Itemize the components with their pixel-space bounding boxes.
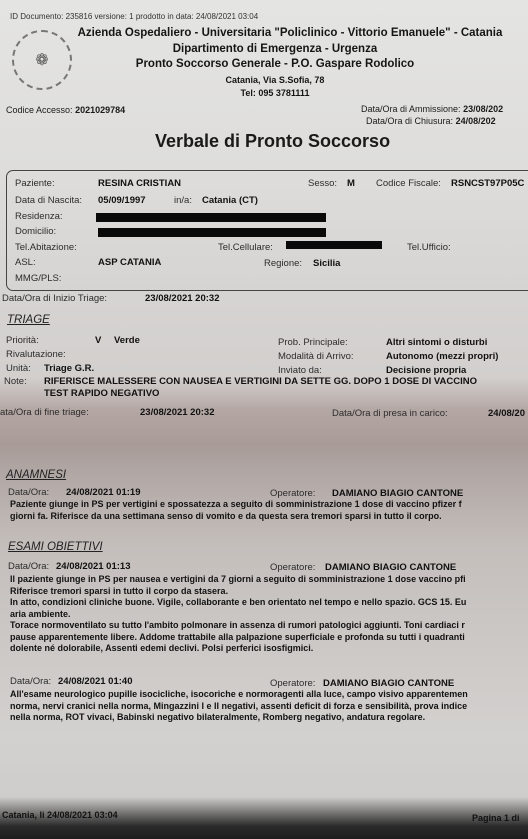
anamnesi-date-value: 24/08/2021 01:19 xyxy=(66,487,140,498)
priority-label: Priorità: xyxy=(6,335,39,346)
mobile-phone-label: Tel.Cellulare: xyxy=(218,242,273,253)
residence-redacted xyxy=(96,213,326,222)
taken-in-charge-value: 24/08/20 xyxy=(488,408,525,419)
residence-label: Residenza: xyxy=(15,211,63,222)
closure-value: 24/08/202 xyxy=(456,116,496,126)
office-phone-label: Tel.Ufficio: xyxy=(407,242,451,253)
exam-1-date-label: Data/Ora: xyxy=(8,561,49,572)
asl-label: ASL: xyxy=(15,257,36,268)
taken-in-charge-label: Data/Ora di presa in carico: xyxy=(332,408,448,419)
access-code-label: Codice Accesso: xyxy=(6,105,73,115)
access-code-value: 2021029784 xyxy=(75,105,125,115)
birth-date-label: Data di Nascita: xyxy=(15,195,82,206)
footer-place-date: Catania, li 24/08/2021 03:04 xyxy=(2,810,118,820)
patient-name: RESINA CRISTIAN xyxy=(98,178,181,189)
hospital-name: Azienda Ospedaliero - Universitaria "Pol… xyxy=(30,27,528,39)
home-phone-label: Tel.Abitazione: xyxy=(15,242,77,253)
exam-1-text: Il paziente giunge in PS per nausea e ve… xyxy=(10,574,466,655)
arrival-mode-value: Autonomo (mezzi propri) xyxy=(386,351,498,362)
birth-date-value: 05/09/1997 xyxy=(98,195,146,206)
birth-place-label: in/a: xyxy=(174,195,192,206)
triage-end-label: ata/Ora di fine triage: xyxy=(0,407,89,418)
triage-start-label: Data/Ora di Inizio Triage: xyxy=(2,293,107,304)
domicile-redacted xyxy=(98,228,326,237)
region-label: Regione: xyxy=(264,258,302,269)
anamnesi-operator-value: DAMIANO BIAGIO CANTONE xyxy=(332,488,463,499)
anamnesi-heading: ANAMNESI xyxy=(6,469,66,481)
unit-label: Unità: xyxy=(6,363,31,374)
admission-label: Data/Ora di Ammissione: xyxy=(361,104,461,114)
document-id: ID Documento: 235816 versione: 1 prodott… xyxy=(10,12,258,21)
access-code: Codice Accesso: 2021029784 xyxy=(6,105,125,115)
admission-value: 23/08/202 xyxy=(463,104,503,114)
exams-heading: ESAMI OBIETTIVI xyxy=(8,541,103,553)
page-number: Pagina 1 di xyxy=(472,813,520,823)
sex-label: Sesso: xyxy=(308,178,337,189)
triage-end-value: 23/08/2021 20:32 xyxy=(140,407,214,418)
anamnesi-date-label: Data/Ora: xyxy=(8,487,49,498)
exam-2-text: All'esame neurologico pupille isociclich… xyxy=(10,689,468,724)
sent-by-label: Inviato da: xyxy=(278,365,322,376)
asl-value: ASP CATANIA xyxy=(98,257,161,268)
anamnesi-text: Paziente giunge in PS per vertigini e sp… xyxy=(10,499,462,522)
hospital-address: Catania, Via S.Sofia, 78 xyxy=(0,75,528,85)
main-problem-value: Altri sintomi o disturbi xyxy=(386,337,487,348)
fiscal-code-value: RSNCST97P05C xyxy=(451,178,524,189)
closure-label: Data/Ora di Chiusura: xyxy=(366,116,453,126)
exam-2-date-label: Data/Ora: xyxy=(10,676,51,687)
hospital-phone: Tel: 095 3781111 xyxy=(0,88,528,98)
note-line-1: RIFERISCE MALESSERE CON NAUSEA E VERTIGI… xyxy=(44,376,477,387)
patient-name-label: Paziente: xyxy=(15,178,55,189)
unit-name: Pronto Soccorso Generale - P.O. Gaspare … xyxy=(0,58,528,70)
domicile-label: Domicilio: xyxy=(15,226,56,237)
exam-1-date-value: 24/08/2021 01:13 xyxy=(56,561,130,572)
anamnesi-operator-label: Operatore: xyxy=(270,488,315,499)
page-title: Verbale di Pronto Soccorso xyxy=(155,131,390,152)
sex-value: M xyxy=(347,178,355,189)
exam-1-operator-value: DAMIANO BIAGIO CANTONE xyxy=(325,562,456,573)
admission-datetime: Data/Ora di Ammissione: 23/08/202 xyxy=(361,104,503,114)
fiscal-code-label: Codice Fiscale: xyxy=(376,178,441,189)
triage-start-value: 23/08/2021 20:32 xyxy=(145,293,219,304)
exam-2-operator-value: DAMIANO BIAGIO CANTONE xyxy=(323,678,454,689)
birth-place-value: Catania (CT) xyxy=(202,195,258,206)
mmg-label: MMG/PLS: xyxy=(15,273,61,284)
reevaluation-label: Rivalutazione: xyxy=(6,349,66,360)
region-value: Sicilia xyxy=(313,258,340,269)
exam-2-date-value: 24/08/2021 01:40 xyxy=(58,676,132,687)
triage-heading: TRIAGE xyxy=(7,314,50,326)
closure-datetime: Data/Ora di Chiusura: 24/08/202 xyxy=(366,116,496,126)
arrival-mode-label: Modalità di Arrivo: xyxy=(278,351,354,362)
sent-by-value: Decisione propria xyxy=(386,365,466,376)
unit-value: Triage G.R. xyxy=(44,363,94,374)
exam-2-operator-label: Operatore: xyxy=(270,678,315,689)
note-line-2: TEST RAPIDO NEGATIVO xyxy=(44,388,159,399)
priority-value: Verde xyxy=(114,335,140,346)
department-name: Dipartimento di Emergenza - Urgenza xyxy=(0,43,528,55)
priority-code: V xyxy=(95,335,101,346)
note-label: Note: xyxy=(4,376,27,387)
main-problem-label: Prob. Principale: xyxy=(278,337,348,348)
exam-1-operator-label: Operatore: xyxy=(270,562,315,573)
mobile-phone-redacted xyxy=(286,241,382,249)
